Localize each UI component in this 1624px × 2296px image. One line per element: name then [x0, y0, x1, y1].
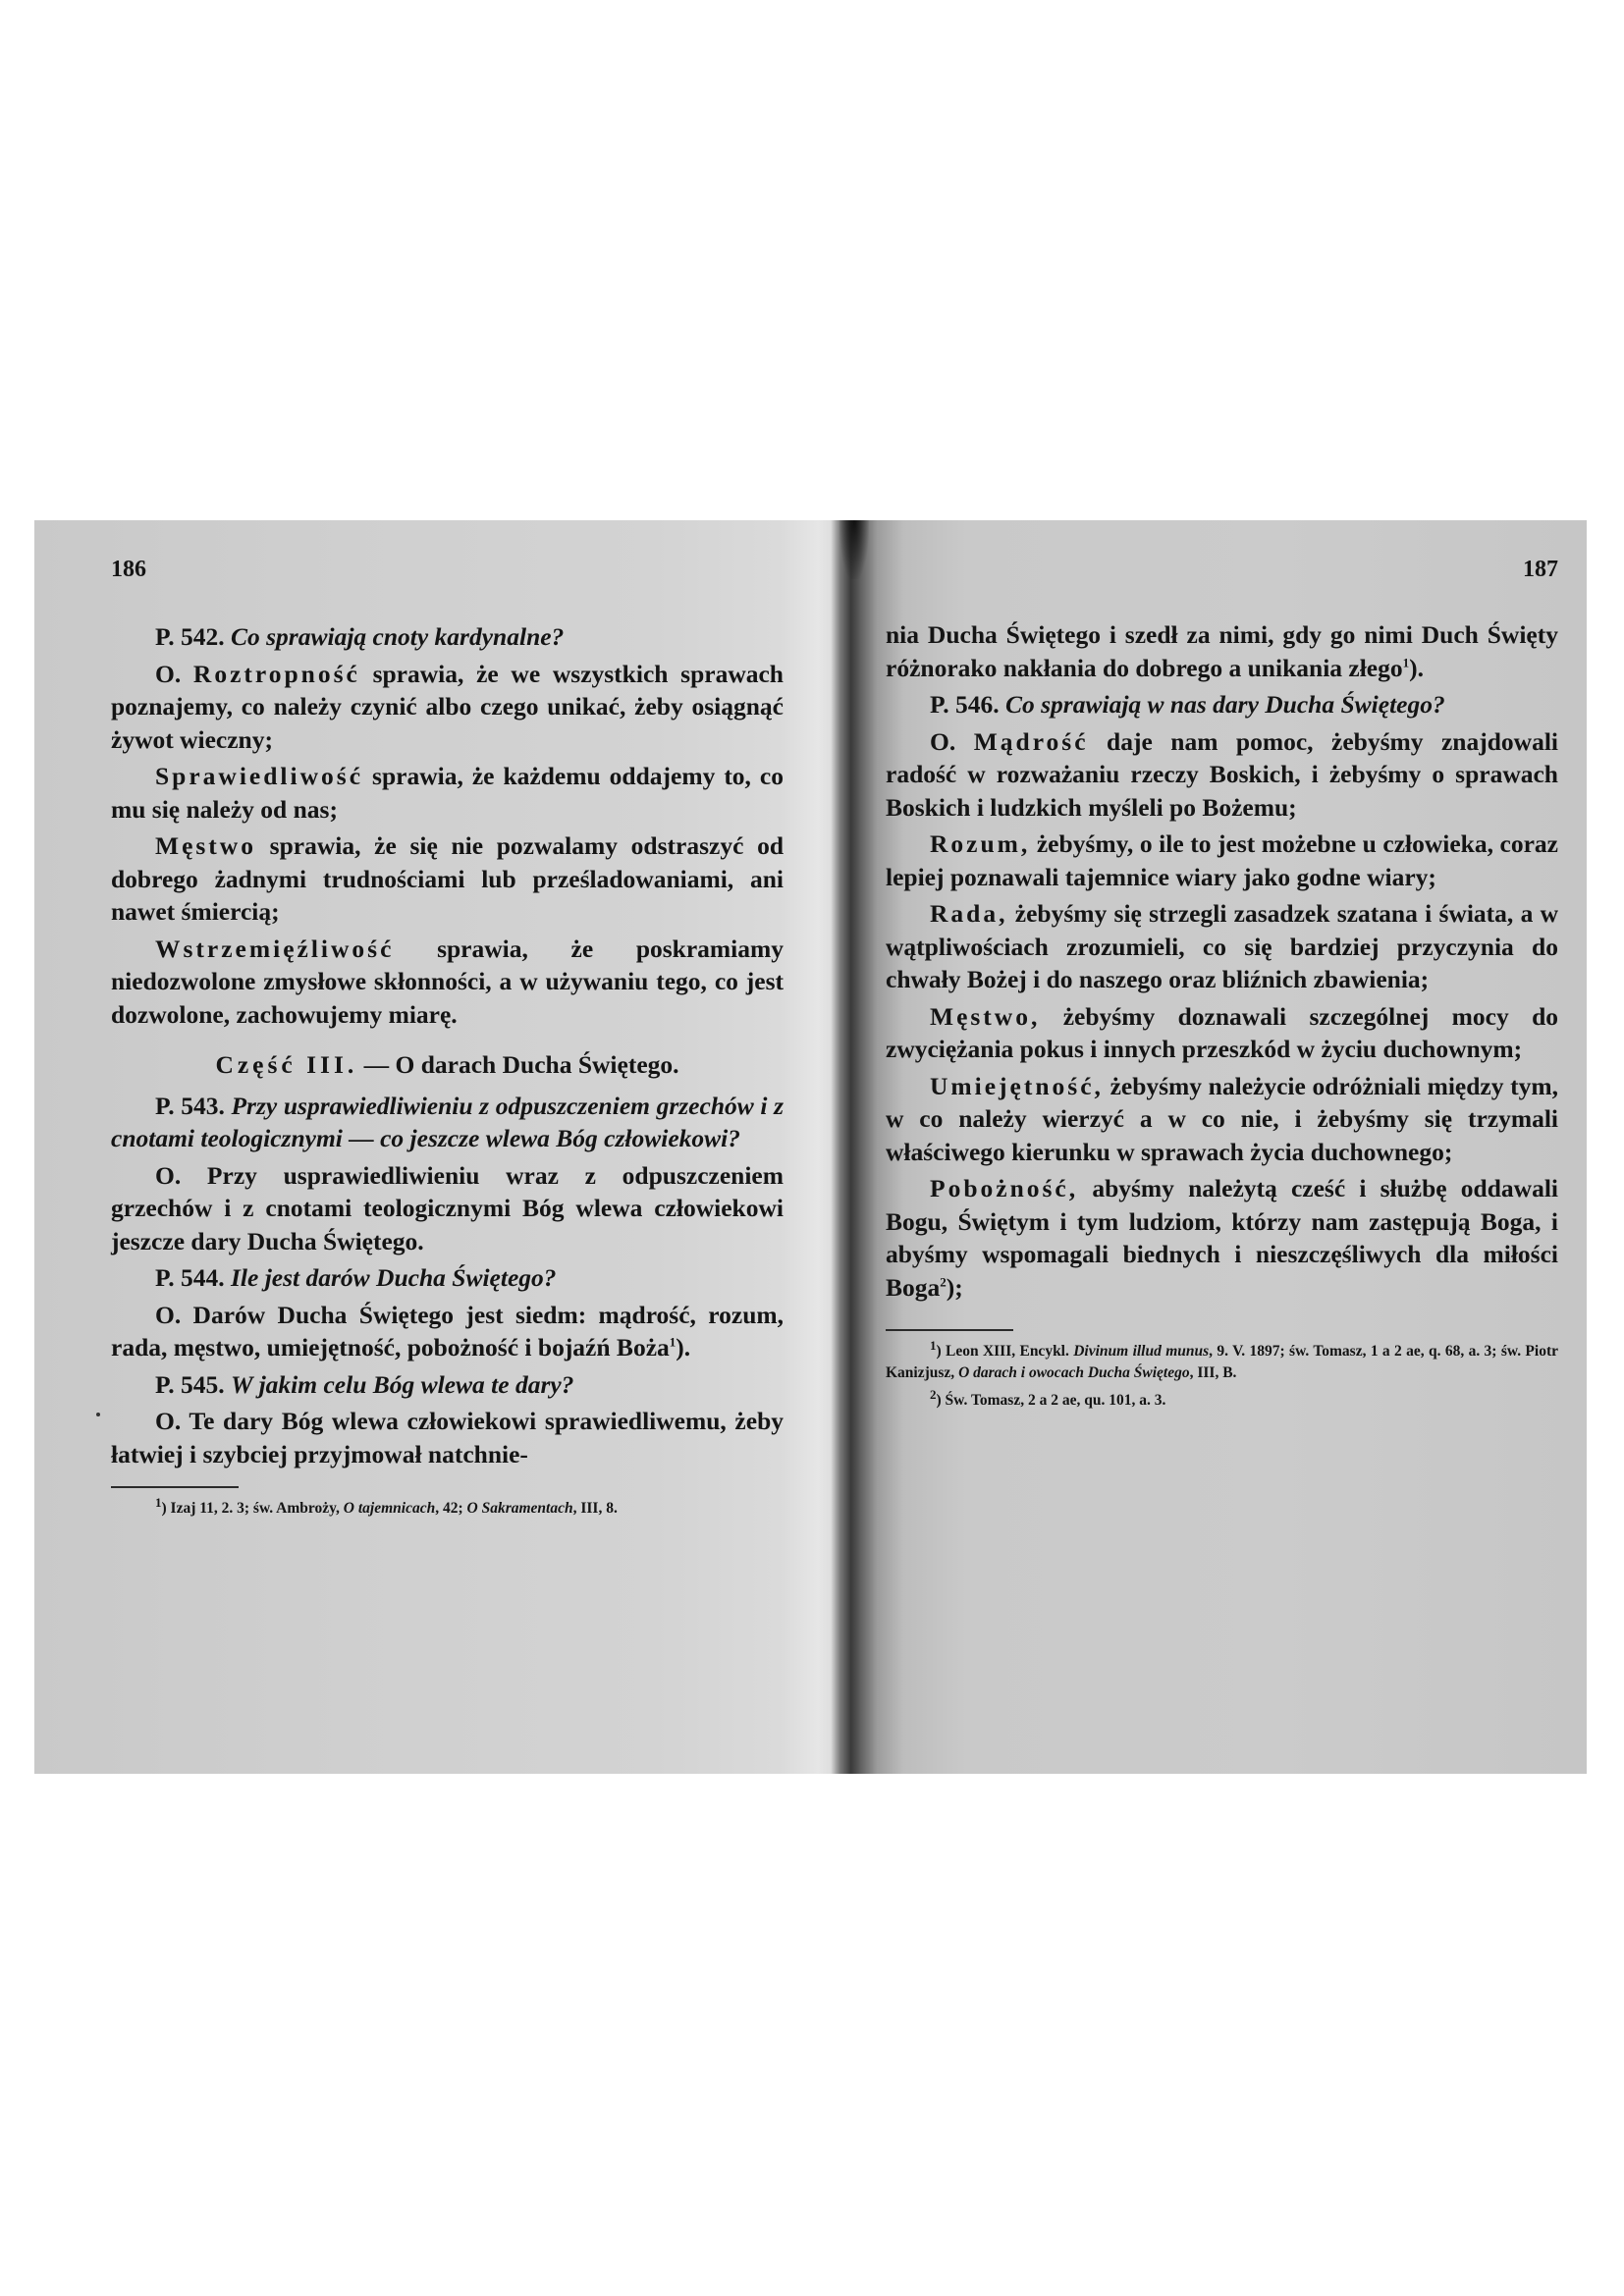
right-page: 187 nia Ducha Świętego i szedł za nimi, … [886, 520, 1558, 1774]
answer-544: O. Darów Ducha Świętego jest siedm: mądr… [111, 1299, 784, 1364]
answer-543: O. Przy usprawiedliwieniu wraz z odpuszc… [111, 1159, 784, 1258]
gift-fortitude: Męstwo, żebyśmy doznawali szczególnej mo… [886, 1000, 1558, 1066]
answer-545-continuation: nia Ducha Świętego i szedł za nimi, gdy … [886, 618, 1558, 684]
footnote-1-left: 1) Izaj 11, 2. 3; św. Ambroży, O tajemni… [111, 1498, 784, 1520]
answer-542-fortitude: Męstwo sprawia, że się nie pozwalamy ods… [111, 829, 784, 929]
question-544: P. 544. Ile jest darów Ducha Świętego? [111, 1261, 784, 1295]
answer-545: O. Te dary Bóg wlewa człowiekowi sprawie… [111, 1405, 784, 1470]
answer-542-temperance: Wstrzemięźliwość sprawia, że poskramiamy… [111, 933, 784, 1032]
answer-542-justice: Sprawiedliwość sprawia, że każdemu oddaj… [111, 760, 784, 826]
answer-542-prudence: O. Roztropność sprawia, że we wszystkich… [111, 658, 784, 757]
gift-counsel: Rada, żebyśmy się strzegli zasadzek szat… [886, 897, 1558, 996]
footnote-1-right: 1) Leon XIII, Encykl. Divinum illud munu… [886, 1341, 1558, 1384]
footnote-2-right: 2) Św. Tomasz, 2 a 2 ae, qu. 101, a. 3. [886, 1390, 1558, 1412]
page-number-right: 187 [1523, 554, 1558, 587]
gift-wisdom: O. Mądrość daje nam pomoc, żebyśmy znajd… [886, 725, 1558, 825]
question-546: P. 546. Co sprawiają w nas dary Ducha Św… [886, 688, 1558, 721]
scan-speck [96, 1413, 100, 1416]
section-heading: Część III. — O darach Ducha Świętego. [111, 1048, 784, 1082]
question-543: P. 543. Przy usprawiedliwieniu z odpuszc… [111, 1090, 784, 1155]
page-number-left: 186 [111, 554, 146, 587]
left-page: 186 P. 542. Co sprawiają cnoty kardynaln… [111, 520, 784, 1774]
footnote-divider [886, 1329, 1013, 1331]
footnote-divider [111, 1486, 239, 1488]
gift-knowledge: Umiejętność, żebyśmy należycie odróżnial… [886, 1070, 1558, 1169]
scanned-book-spread: 186 P. 542. Co sprawiają cnoty kardynaln… [34, 520, 1587, 1774]
gift-piety: Pobożność, abyśmy należytą cześć i służb… [886, 1172, 1558, 1304]
question-545: P. 545. W jakim celu Bóg wlewa te dary? [111, 1368, 784, 1402]
right-page-body: nia Ducha Świętego i szedł za nimi, gdy … [886, 618, 1558, 1417]
question-542: P. 542. Co sprawiają cnoty kardynalne? [111, 620, 784, 654]
left-page-body: P. 542. Co sprawiają cnoty kardynalne? O… [111, 620, 784, 1525]
gift-understanding: Rozum, żebyśmy, o ile to jest możebne u … [886, 828, 1558, 893]
